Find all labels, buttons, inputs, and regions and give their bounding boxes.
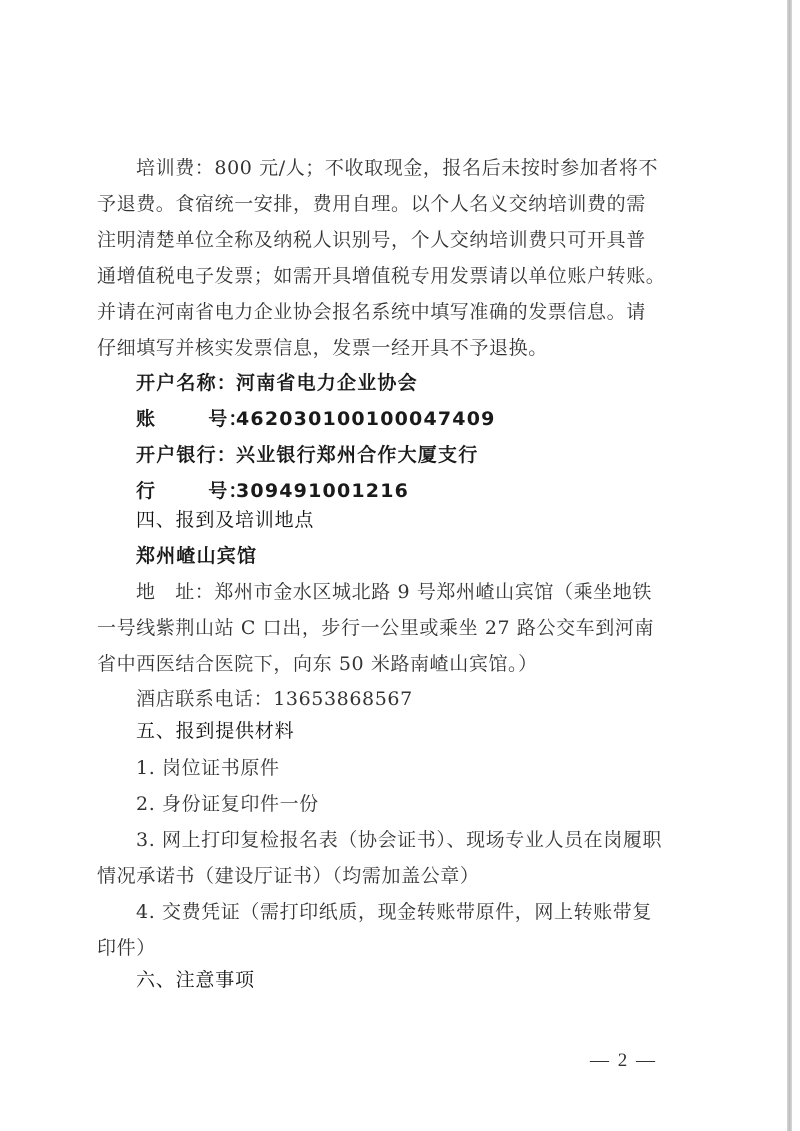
section-4-heading: 四、报到及培训地点 (136, 507, 676, 533)
material-item-4: 4. 交费凭证（需打印纸质，现金转账带原件，网上转账带复 (136, 899, 676, 925)
page-number: — 2 — (590, 1050, 657, 1072)
account-name-label: 开户名称： (136, 370, 236, 396)
material-item-3: 3. 网上打印复检报名表（协会证书）、现场专业人员在岗履职 (136, 827, 676, 853)
material-item-4-continued: 印件） (97, 935, 672, 961)
fee-paragraph-line-3: 注明清楚单位全称及纳税人识别号，个人交纳培训费只可开具普 (97, 227, 672, 253)
material-item-3-continued: 情况承诺书（建设厅证书）（均需加盖公章） (97, 863, 672, 889)
bank-name-row: 开户银行：兴业银行郑州合作大厦支行 (136, 442, 676, 468)
fee-paragraph-line-1: 培训费：800 元/人；不收取现金，报名后未按时参加者将不 (136, 155, 676, 181)
venue-name: 郑州嵖山宾馆 (136, 543, 676, 569)
bank-code-label: 行号： (136, 478, 236, 504)
bank-account-name-row: 开户名称：河南省电力企业协会 (136, 370, 676, 396)
bank-code-row: 行号：309491001216 (136, 478, 676, 504)
bank-name-label: 开户银行： (136, 442, 236, 468)
document-page: 培训费：800 元/人；不收取现金，报名后未按时参加者将不 予退费。食宿统一安排… (0, 0, 800, 1131)
hotel-phone: 酒店联系电话：13653868567 (136, 686, 676, 712)
account-no-value: 462030100100047409 (236, 408, 496, 430)
fee-paragraph-line-5: 并请在河南省电力企业协会报名系统中填写准确的发票信息。请 (97, 299, 672, 325)
account-no-label: 账号： (136, 406, 236, 432)
fee-paragraph-line-6: 仔细填写并核实发票信息，发票一经开具不予退换。 (97, 335, 672, 361)
material-item-2: 2. 身份证复印件一份 (136, 791, 676, 817)
address-line-1: 地 址：郑州市金水区城北路 9 号郑州嵖山宾馆（乘坐地铁 (136, 579, 676, 605)
address-line-3: 省中西医结合医院下，向东 50 米路南嵖山宾馆。） (97, 651, 672, 677)
bank-code-value: 309491001216 (236, 480, 409, 502)
fee-paragraph-line-4: 通增值税电子发票；如需开具增值税专用发票请以单位账户转账。 (97, 263, 672, 289)
bank-account-no-row: 账号：462030100100047409 (136, 406, 676, 432)
material-item-1: 1. 岗位证书原件 (136, 755, 676, 781)
bank-name-value: 兴业银行郑州合作大厦支行 (236, 444, 478, 466)
section-6-heading: 六、注意事项 (136, 967, 676, 993)
account-name-value: 河南省电力企业协会 (236, 372, 418, 394)
fee-paragraph-line-2: 予退费。食宿统一安排，费用自理。以个人名义交纳培训费的需 (97, 191, 672, 217)
section-5-heading: 五、报到提供材料 (136, 718, 676, 744)
address-line-2: 一号线紫荆山站 C 口出，步行一公里或乘坐 27 路公交车到河南 (97, 615, 672, 641)
